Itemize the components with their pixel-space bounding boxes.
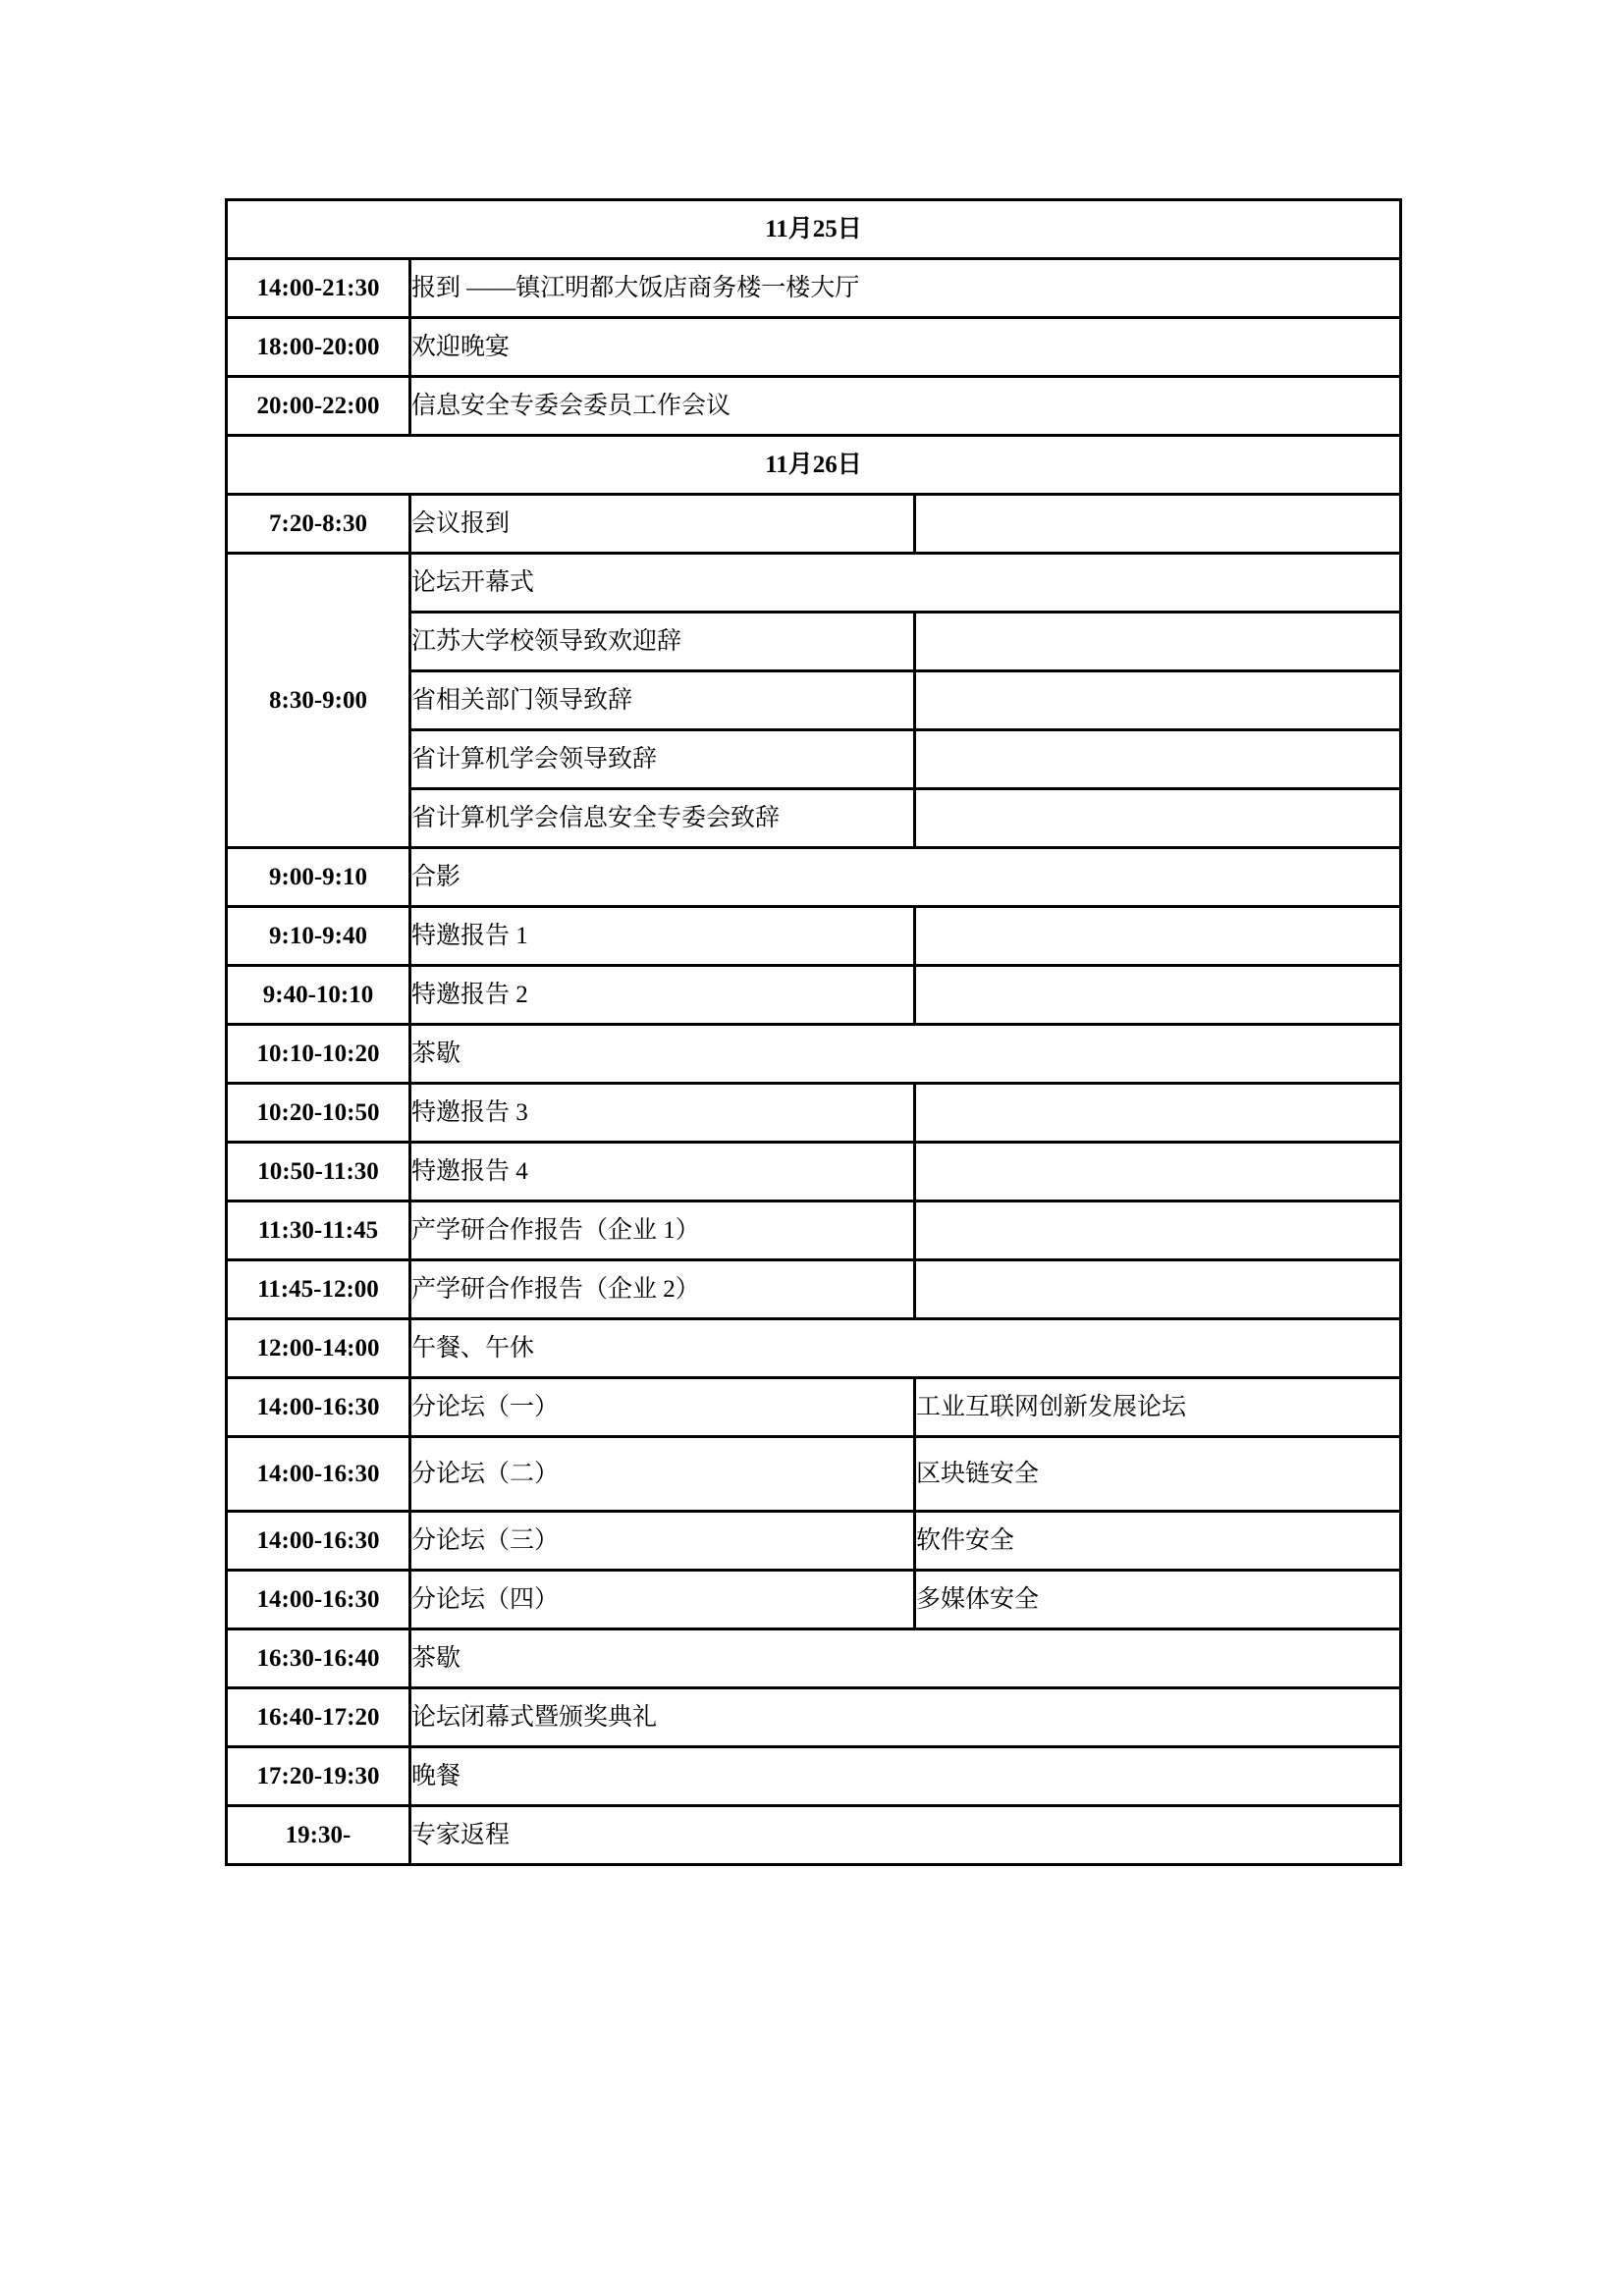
time-cell: 10:10-10:20 <box>227 1025 410 1084</box>
extra-cell <box>915 1201 1401 1260</box>
time-cell: 14:00-16:30 <box>227 1512 410 1571</box>
table-row: 10:20-10:50特邀报告 3 <box>227 1084 1401 1143</box>
time-cell: 11:45-12:00 <box>227 1260 410 1319</box>
table-row: 14:00-16:30分论坛（二）区块链安全 <box>227 1437 1401 1512</box>
item-cell: 论坛闭幕式暨颁奖典礼 <box>410 1688 1401 1747</box>
table-row: 18:00-20:00欢迎晚宴 <box>227 318 1401 377</box>
extra-cell <box>915 730 1401 789</box>
time-cell: 14:00-16:30 <box>227 1437 410 1512</box>
table-row: 10:10-10:20茶歇 <box>227 1025 1401 1084</box>
date-header: 11月25日 <box>227 200 1401 259</box>
table-row: 14:00-16:30分论坛（四）多媒体安全 <box>227 1571 1401 1629</box>
table-row: 19:30-专家返程 <box>227 1806 1401 1865</box>
extra-cell: 工业互联网创新发展论坛 <box>915 1378 1401 1437</box>
extra-cell <box>915 966 1401 1025</box>
time-cell: 9:10-9:40 <box>227 907 410 966</box>
item-cell: 合影 <box>410 848 1401 907</box>
time-cell: 10:50-11:30 <box>227 1143 410 1201</box>
time-cell: 16:40-17:20 <box>227 1688 410 1747</box>
time-cell: 9:40-10:10 <box>227 966 410 1025</box>
item-cell: 茶歇 <box>410 1629 1401 1688</box>
item-cell: 产学研合作报告（企业 1） <box>410 1201 915 1260</box>
date-header-row: 11月25日 <box>227 200 1401 259</box>
time-cell: 18:00-20:00 <box>227 318 410 377</box>
item-cell: 分论坛（四） <box>410 1571 915 1629</box>
item-cell: 分论坛（一） <box>410 1378 915 1437</box>
time-cell: 14:00-16:30 <box>227 1571 410 1629</box>
item-cell: 江苏大学校领导致欢迎辞 <box>410 613 915 671</box>
extra-cell: 软件安全 <box>915 1512 1401 1571</box>
table-row: 11:30-11:45产学研合作报告（企业 1） <box>227 1201 1401 1260</box>
table-row: 14:00-16:30分论坛（三）软件安全 <box>227 1512 1401 1571</box>
table-row: 12:00-14:00午餐、午休 <box>227 1319 1401 1378</box>
table-row: 9:40-10:10特邀报告 2 <box>227 966 1401 1025</box>
table-row: 7:20-8:30会议报到 <box>227 495 1401 554</box>
schedule-table: 11月25日 14:00-21:30报到 ——镇江明都大饭店商务楼一楼大厅 18… <box>225 198 1402 1866</box>
item-cell: 省计算机学会领导致辞 <box>410 730 915 789</box>
time-cell: 14:00-21:30 <box>227 259 410 318</box>
extra-cell <box>915 789 1401 848</box>
table-row: 9:00-9:10合影 <box>227 848 1401 907</box>
time-cell: 16:30-16:40 <box>227 1629 410 1688</box>
extra-cell: 区块链安全 <box>915 1437 1401 1512</box>
time-cell: 8:30-9:00 <box>227 554 410 848</box>
item-cell: 分论坛（三） <box>410 1512 915 1571</box>
table-row: 9:10-9:40特邀报告 1 <box>227 907 1401 966</box>
extra-cell <box>915 1260 1401 1319</box>
item-cell: 午餐、午休 <box>410 1319 1401 1378</box>
item-cell: 分论坛（二） <box>410 1437 915 1512</box>
extra-cell <box>915 1143 1401 1201</box>
item-cell: 欢迎晚宴 <box>410 318 1401 377</box>
item-cell: 会议报到 <box>410 495 915 554</box>
time-cell: 19:30- <box>227 1806 410 1865</box>
extra-cell <box>915 907 1401 966</box>
time-cell: 9:00-9:10 <box>227 848 410 907</box>
item-cell: 茶歇 <box>410 1025 1401 1084</box>
time-cell: 12:00-14:00 <box>227 1319 410 1378</box>
time-cell: 7:20-8:30 <box>227 495 410 554</box>
time-cell: 14:00-16:30 <box>227 1378 410 1437</box>
item-cell: 省计算机学会信息安全专委会致辞 <box>410 789 915 848</box>
item-cell: 特邀报告 2 <box>410 966 915 1025</box>
date-header-row: 11月26日 <box>227 436 1401 495</box>
extra-cell <box>915 671 1401 730</box>
time-cell: 11:30-11:45 <box>227 1201 410 1260</box>
extra-cell <box>915 1084 1401 1143</box>
table-row: 14:00-16:30分论坛（一）工业互联网创新发展论坛 <box>227 1378 1401 1437</box>
time-cell: 10:20-10:50 <box>227 1084 410 1143</box>
item-cell: 论坛开幕式 <box>410 554 1401 613</box>
extra-cell <box>915 495 1401 554</box>
table-row: 10:50-11:30特邀报告 4 <box>227 1143 1401 1201</box>
time-cell: 17:20-19:30 <box>227 1747 410 1806</box>
table-row: 20:00-22:00信息安全专委会委员工作会议 <box>227 377 1401 436</box>
item-cell: 省相关部门领导致辞 <box>410 671 915 730</box>
table-row: 16:30-16:40茶歇 <box>227 1629 1401 1688</box>
table-row: 8:30-9:00论坛开幕式 <box>227 554 1401 613</box>
item-cell: 特邀报告 4 <box>410 1143 915 1201</box>
table-row: 16:40-17:20论坛闭幕式暨颁奖典礼 <box>227 1688 1401 1747</box>
table-row: 11:45-12:00产学研合作报告（企业 2） <box>227 1260 1401 1319</box>
time-cell: 20:00-22:00 <box>227 377 410 436</box>
item-cell: 特邀报告 1 <box>410 907 915 966</box>
extra-cell: 多媒体安全 <box>915 1571 1401 1629</box>
extra-cell <box>915 613 1401 671</box>
table-row: 14:00-21:30报到 ——镇江明都大饭店商务楼一楼大厅 <box>227 259 1401 318</box>
item-cell: 信息安全专委会委员工作会议 <box>410 377 1401 436</box>
table-row: 17:20-19:30晚餐 <box>227 1747 1401 1806</box>
item-cell: 报到 ——镇江明都大饭店商务楼一楼大厅 <box>410 259 1401 318</box>
item-cell: 晚餐 <box>410 1747 1401 1806</box>
date-header: 11月26日 <box>227 436 1401 495</box>
item-cell: 产学研合作报告（企业 2） <box>410 1260 915 1319</box>
item-cell: 特邀报告 3 <box>410 1084 915 1143</box>
item-cell: 专家返程 <box>410 1806 1401 1865</box>
